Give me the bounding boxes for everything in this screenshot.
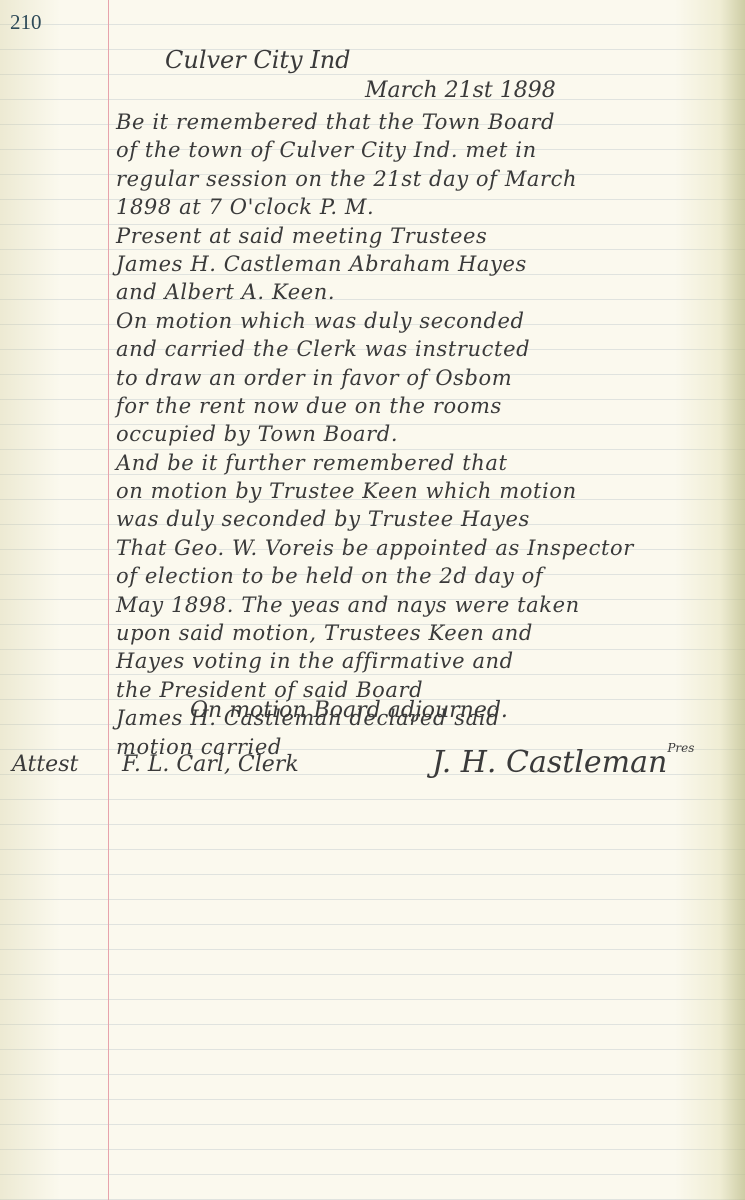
heading-date: March 21st 1898 — [365, 80, 556, 102]
minutes-line: on motion by Trustee Keen which motion — [116, 477, 716, 505]
minutes-line: On motion which was duly seconded — [116, 307, 716, 335]
page-number: 210 — [10, 10, 42, 35]
minutes-line: And be it further remembered that — [116, 449, 716, 477]
minutes-line: for the rent now due on the rooms — [116, 392, 716, 420]
minutes-line: to draw an order in favor of Osbom — [116, 364, 716, 392]
attest-label: Attest — [12, 754, 78, 776]
minutes-line: Present at said meeting Trustees — [116, 222, 716, 250]
minutes-line: upon said motion, Trustees Keen and — [116, 619, 716, 647]
minutes-line: and Albert A. Keen. — [116, 278, 716, 306]
minutes-line: May 1898. The yeas and nays were taken — [116, 591, 716, 619]
president-signature: J. H. CastlemanPres — [432, 748, 694, 778]
minutes-line: regular session on the 21st day of March — [116, 165, 716, 193]
minutes-body: Be it remembered that the Town Board of … — [116, 108, 716, 761]
minutes-line: of election to be held on the 2d day of — [116, 562, 716, 590]
minutes-line: Hayes voting in the affirmative and — [116, 647, 716, 675]
minutes-line: James H. Castleman Abraham Hayes — [116, 250, 716, 278]
minutes-line: Be it remembered that the Town Board — [116, 108, 716, 136]
heading-place: Culver City Ind — [165, 48, 351, 72]
ledger-page: 210 Culver City Ind March 21st 1898 Be i… — [0, 0, 745, 1200]
minutes-line: That Geo. W. Voreis be appointed as Insp… — [116, 534, 716, 562]
minutes-line: was duly seconded by Trustee Hayes — [116, 505, 716, 533]
closing-adjournment: On motion Board adjourned. — [190, 700, 508, 722]
minutes-line: and carried the Clerk was instructed — [116, 335, 716, 363]
president-title: Pres — [667, 741, 694, 755]
margin-rule — [108, 0, 109, 1200]
minutes-line: occupied by Town Board. — [116, 420, 716, 448]
minutes-line: of the town of Culver City Ind. met in — [116, 136, 716, 164]
president-name: J. H. Castleman — [432, 745, 667, 780]
clerk-signature: F. L. Carl, Clerk — [122, 754, 299, 776]
minutes-line: 1898 at 7 O'clock P. M. — [116, 193, 716, 221]
